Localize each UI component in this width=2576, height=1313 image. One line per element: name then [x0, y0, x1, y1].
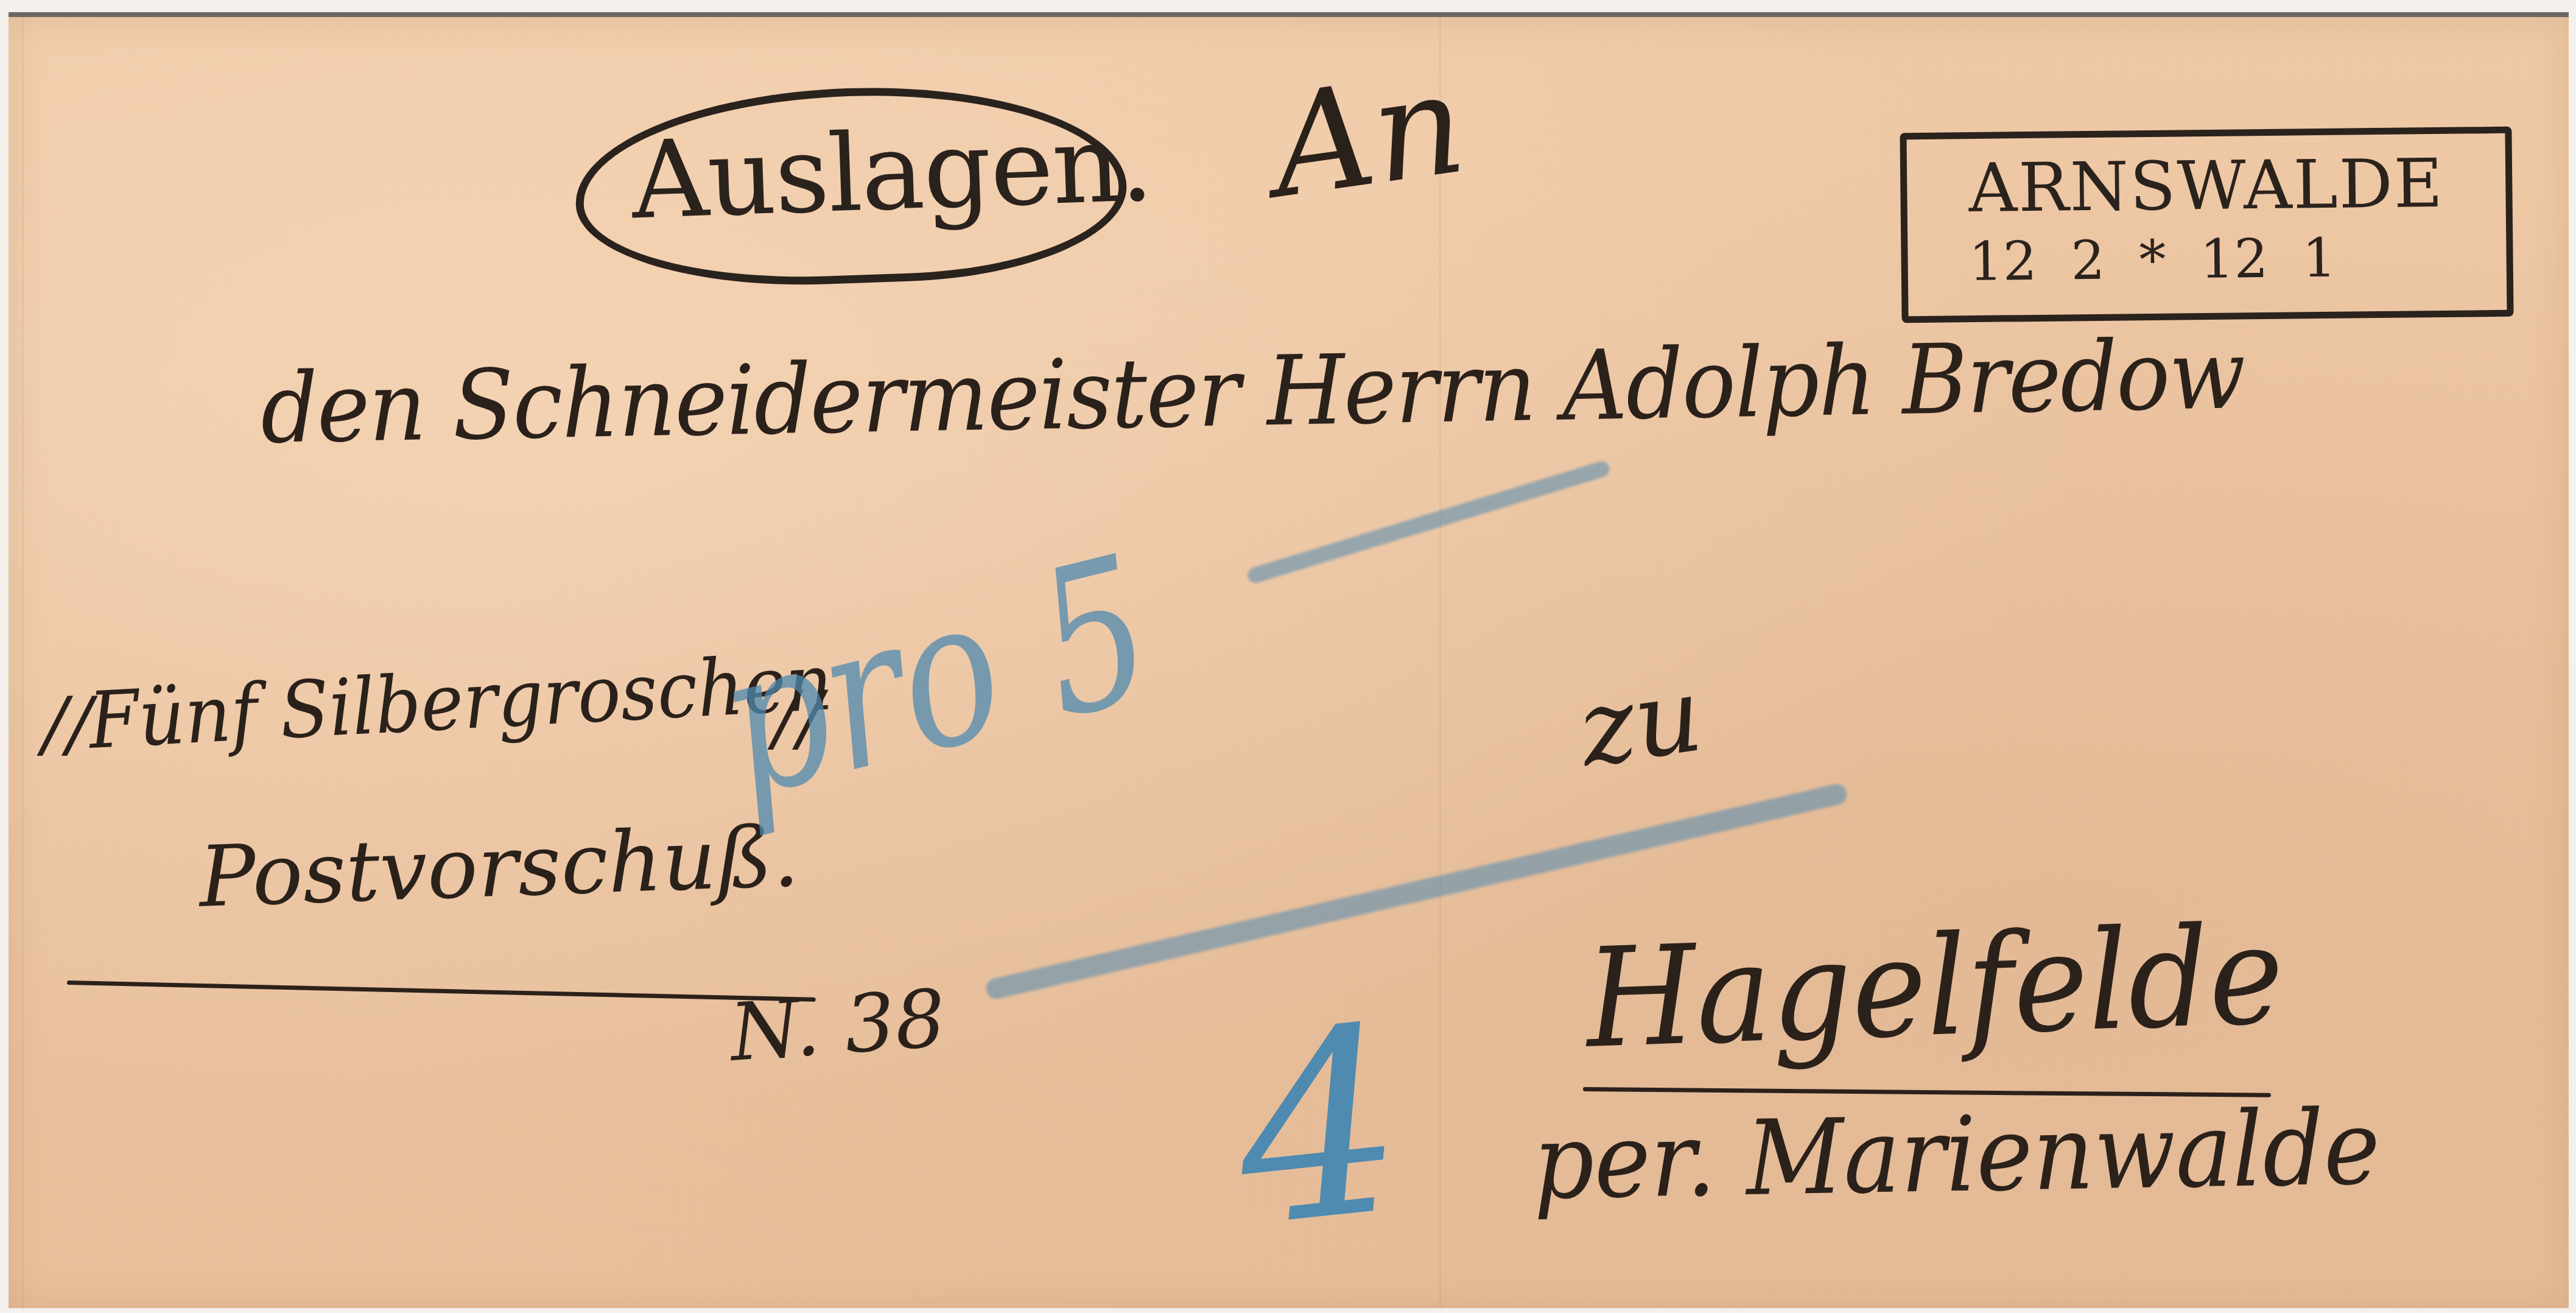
postmark-date: 12 2 * 12 1	[1932, 230, 2507, 289]
crayon-number: 4	[1223, 971, 1416, 1284]
salutation: An	[1262, 42, 1474, 230]
preposition: zu	[1572, 654, 1709, 790]
postage-marks-left: //	[43, 682, 92, 767]
auslagen-stamp-text: Auslagen.	[630, 112, 1095, 234]
postage-note-line2: Postvorschuß.	[197, 808, 801, 926]
fold-line	[22, 17, 24, 1308]
route-line: per. Marienwalde	[1532, 1088, 2381, 1223]
arnswalde-postmark: ARNSWALDE 12 2 * 12 1	[1900, 127, 2513, 323]
postmark-town: ARNSWALDE	[1907, 149, 2506, 222]
register-number: N. 38	[727, 972, 948, 1079]
fold-line	[1439, 17, 1441, 1308]
destination-town: Hagelfelde	[1584, 895, 2286, 1079]
